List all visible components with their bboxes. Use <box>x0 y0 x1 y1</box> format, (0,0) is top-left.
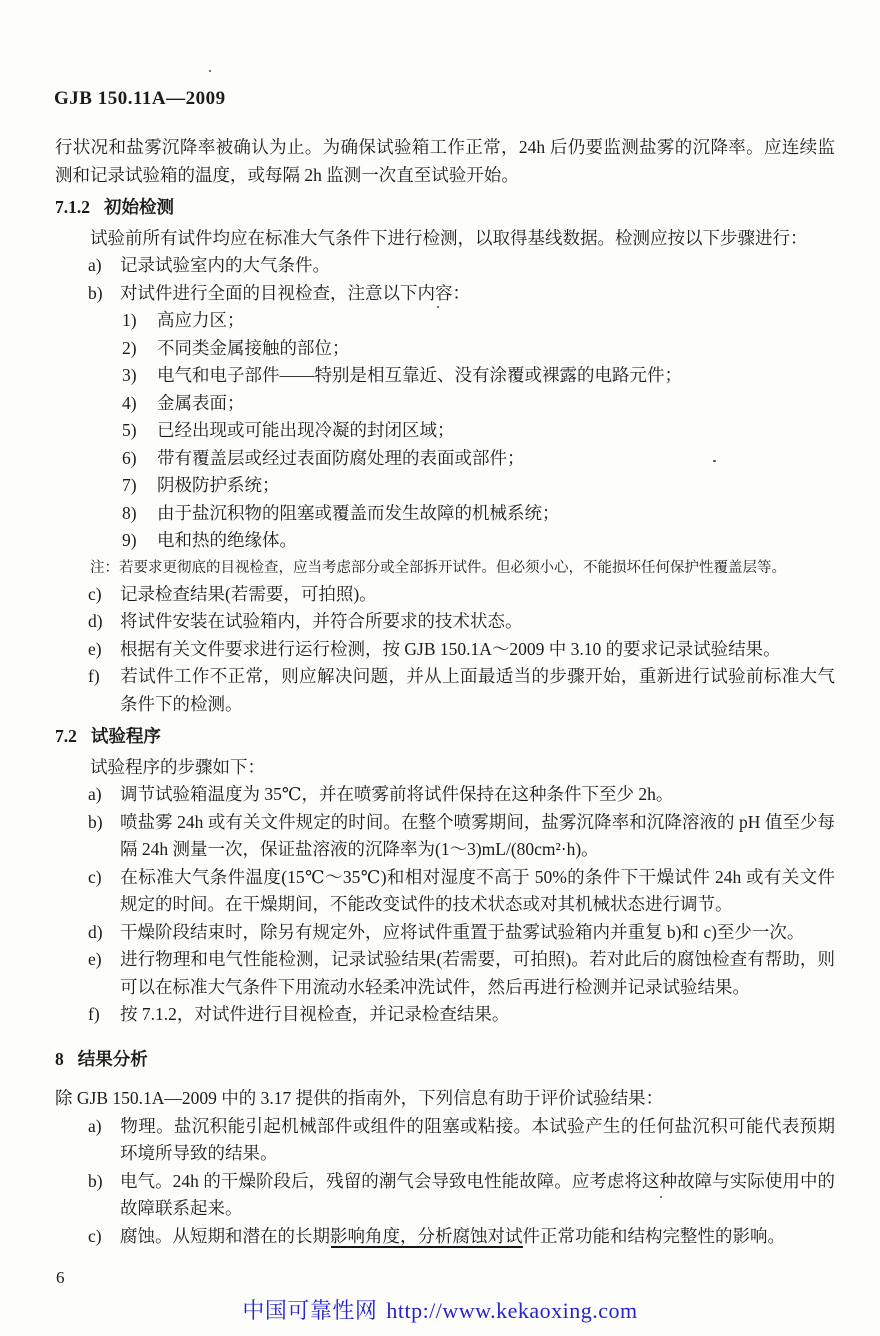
list-item-label: b) <box>88 809 120 837</box>
list-item-text: 电气。24h 的干燥阶段后，残留的潮气会导致电性能故障。应考虑将这种故障与实际使… <box>120 1171 835 1219</box>
sub-item-label: 8) <box>122 500 157 528</box>
list-item-label: d) <box>88 608 120 636</box>
list-item-label: c) <box>88 864 120 892</box>
list-item-text: 物理。盐沉积能引起机械部件或组件的阻塞或粘接。本试验产生的任何盐沉积可能代表预期… <box>120 1116 835 1164</box>
list-item-d: d)将试件安装在试验箱内，并符合所要求的技术状态。 <box>55 608 835 636</box>
sub-item-text: 电和热的绝缘体。 <box>157 530 297 550</box>
sub-item-label: 5) <box>122 417 157 445</box>
procedure-step-c: c)在标准大气条件温度(15℃～35℃)和相对湿度不高于 50%的条件下干燥试件… <box>55 864 835 919</box>
sub-item-text: 已经出现或可能出现冷凝的封闭区域； <box>157 420 455 440</box>
heading-8: 8结果分析 <box>55 1046 835 1074</box>
page-number: 6 <box>56 1268 65 1288</box>
list-item-e: e)根据有关文件要求进行运行检测，按 GJB 150.1A～2009 中 3.1… <box>55 636 835 664</box>
standard-number: GJB 150.11A—2009 <box>54 88 226 110</box>
heading-title: 试验程序 <box>91 726 161 746</box>
inspection-note: 注：若要求更彻底的目视检查，应当考虑部分或全部拆开试件。但必须小心，不能损坏任何… <box>55 556 835 580</box>
list-item-label: f) <box>88 1001 120 1029</box>
list-item-text: 记录试验室内的大气条件。 <box>120 255 330 275</box>
list-item-text: 在标准大气条件温度(15℃～35℃)和相对湿度不高于 50%的条件下干燥试件 2… <box>120 867 835 915</box>
sub-item-text: 不同类金属接触的部位； <box>157 338 350 358</box>
sub-item-1: 1)高应力区； <box>55 307 835 335</box>
lead-paragraph-712: 试验前所有试件均应在标准大气条件下进行检测，以取得基线数据。检测应按以下步骤进行… <box>55 225 835 253</box>
heading-number: 7.2 <box>55 726 77 746</box>
list-item-label: b) <box>88 280 120 308</box>
sub-item-3: 3)电气和电子部件——特别是相互靠近、没有涂覆或裸露的电路元件； <box>55 362 835 390</box>
scan-speck <box>209 70 211 72</box>
end-of-text-rule <box>331 1246 523 1248</box>
sub-item-label: 1) <box>122 307 157 335</box>
list-item-label: c) <box>88 1223 120 1251</box>
sub-item-7: 7)阴极防护系统； <box>55 472 835 500</box>
sub-item-label: 4) <box>122 390 157 418</box>
procedure-step-f: f)按 7.1.2，对试件进行目视检查，并记录检查结果。 <box>55 1001 835 1029</box>
site-name[interactable]: 中国可靠性网 <box>242 1298 377 1323</box>
result-item-b: b)电气。24h 的干燥阶段后，残留的潮气会导致电性能故障。应考虑将这种故障与实… <box>55 1168 835 1223</box>
procedure-step-b: b)喷盐雾 24h 或有关文件规定的时间。在整个喷雾期间，盐雾沉降率和沉降溶液的… <box>55 809 835 864</box>
list-item-text: 干燥阶段结束时，除另有规定外，应将试件重置于盐雾试验箱内并重复 b)和 c)至少… <box>120 922 804 942</box>
procedure-step-e: e)进行物理和电气性能检测，记录试验结果(若需要，可拍照)。若对此后的腐蚀检查有… <box>55 946 835 1001</box>
heading-number: 8 <box>55 1049 64 1069</box>
heading-number: 7.1.2 <box>55 197 90 217</box>
lead-paragraph-8: 除 GJB 150.1A—2009 中的 3.17 提供的指南外，下列信息有助于… <box>55 1085 835 1113</box>
sub-item-label: 2) <box>122 335 157 363</box>
sub-item-text: 高应力区； <box>157 310 245 330</box>
list-item-label: f) <box>88 663 120 691</box>
list-item-label: a) <box>88 781 120 809</box>
list-item-label: a) <box>88 252 120 280</box>
document-page: GJB 150.11A—2009 行状况和盐雾沉降率被确认为止。为确保试验箱工作… <box>0 0 880 1336</box>
procedure-step-d: d)干燥阶段结束时，除另有规定外，应将试件重置于盐雾试验箱内并重复 b)和 c)… <box>55 919 835 947</box>
paragraph-continuation: 行状况和盐雾沉降率被确认为止。为确保试验箱工作正常，24h 后仍要监测盐雾的沉降… <box>55 134 835 189</box>
scan-speck <box>660 1196 662 1198</box>
list-item-text: 喷盐雾 24h 或有关文件规定的时间。在整个喷雾期间，盐雾沉降率和沉降溶液的 p… <box>120 812 835 860</box>
list-item-text: 将试件安装在试验箱内，并符合所要求的技术状态。 <box>120 611 523 631</box>
sub-item-6: 6)带有覆盖层或经过表面防腐处理的表面或部件； <box>55 445 835 473</box>
heading-title: 初始检测 <box>104 197 174 217</box>
list-item-text: 调节试验箱温度为 35℃，并在喷雾前将试件保持在这种条件下至少 2h。 <box>120 784 673 804</box>
sub-item-9: 9)电和热的绝缘体。 <box>55 527 835 555</box>
sub-item-5: 5)已经出现或可能出现冷凝的封闭区域； <box>55 417 835 445</box>
sub-item-text: 带有覆盖层或经过表面防腐处理的表面或部件； <box>157 448 525 468</box>
list-item-label: a) <box>88 1113 120 1141</box>
list-item-label: e) <box>88 946 120 974</box>
sub-item-label: 3) <box>122 362 157 390</box>
sub-item-text: 阴极防护系统； <box>157 475 280 495</box>
list-item-text: 根据有关文件要求进行运行检测，按 GJB 150.1A～2009 中 3.10 … <box>120 639 781 659</box>
sub-item-8: 8)由于盐沉积物的阻塞或覆盖而发生故障的机械系统； <box>55 500 835 528</box>
lead-paragraph-72: 试验程序的步骤如下： <box>55 754 835 782</box>
list-item-text: 进行物理和电气性能检测，记录试验结果(若需要，可拍照)。若对此后的腐蚀检查有帮助… <box>120 949 835 997</box>
list-item-b: b)对试件进行全面的目视检查，注意以下内容： <box>55 280 835 308</box>
list-item-c: c)记录检查结果(若需要，可拍照)。 <box>55 581 835 609</box>
sub-item-label: 6) <box>122 445 157 473</box>
list-item-text: 腐蚀。从短期和潜在的长期影响角度，分析腐蚀对试件正常功能和结构完整性的影响。 <box>120 1226 785 1246</box>
list-item-label: e) <box>88 636 120 664</box>
sub-item-label: 7) <box>122 472 157 500</box>
sub-item-label: 9) <box>122 527 157 555</box>
list-item-a: a)记录试验室内的大气条件。 <box>55 252 835 280</box>
list-item-label: d) <box>88 919 120 947</box>
heading-title: 结果分析 <box>78 1049 148 1069</box>
scan-speck <box>437 306 439 308</box>
sub-item-text: 由于盐沉积物的阻塞或覆盖而发生故障的机械系统； <box>157 503 560 523</box>
scan-speck <box>713 460 716 462</box>
heading-7-2: 7.2试验程序 <box>55 723 835 751</box>
result-item-a: a)物理。盐沉积能引起机械部件或组件的阻塞或粘接。本试验产生的任何盐沉积可能代表… <box>55 1113 835 1168</box>
list-item-text: 若试件工作不正常，则应解决问题，并从上面最适当的步骤开始，重新进行试验前标准大气… <box>120 666 835 714</box>
list-item-text: 对试件进行全面的目视检查，注意以下内容： <box>120 283 470 303</box>
procedure-step-a: a)调节试验箱温度为 35℃，并在喷雾前将试件保持在这种条件下至少 2h。 <box>55 781 835 809</box>
list-item-label: b) <box>88 1168 120 1196</box>
list-item-f: f)若试件工作不正常，则应解决问题，并从上面最适当的步骤开始，重新进行试验前标准… <box>55 663 835 718</box>
list-item-text: 按 7.1.2，对试件进行目视检查，并记录检查结果。 <box>120 1004 509 1024</box>
sub-item-text: 电气和电子部件——特别是相互靠近、没有涂覆或裸露的电路元件； <box>157 365 682 385</box>
sub-item-text: 金属表面； <box>157 393 245 413</box>
sub-item-4: 4)金属表面； <box>55 390 835 418</box>
site-footer: 中国可靠性网http://www.kekaoxing.com <box>0 1294 880 1325</box>
document-body: 行状况和盐雾沉降率被确认为止。为确保试验箱工作正常，24h 后仍要监测盐雾的沉降… <box>55 134 835 1250</box>
heading-7-1-2: 7.1.2初始检测 <box>55 194 835 222</box>
list-item-text: 记录检查结果(若需要，可拍照)。 <box>120 584 377 604</box>
sub-item-2: 2)不同类金属接触的部位； <box>55 335 835 363</box>
site-url-link[interactable]: http://www.kekaoxing.com <box>386 1298 637 1323</box>
list-item-label: c) <box>88 581 120 609</box>
